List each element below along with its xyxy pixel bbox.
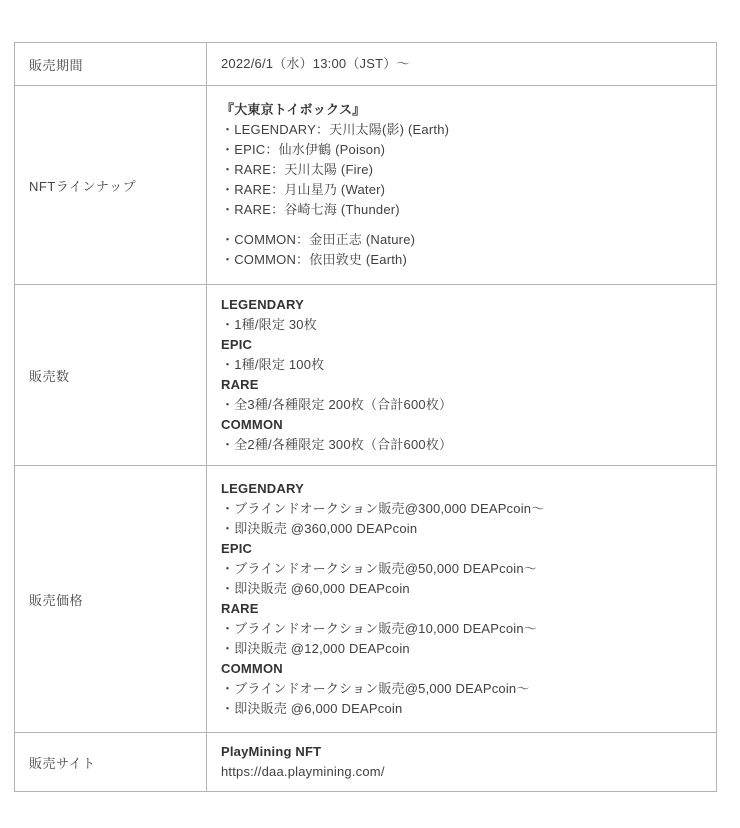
row-label: NFTラインナップ: [15, 86, 207, 284]
lineup-item: ・RARE：谷崎七海 (Thunder): [221, 200, 702, 220]
row-value: PlayMining NFT https://daa.playmining.co…: [207, 733, 716, 791]
rarity-heading: COMMON: [221, 415, 702, 435]
quantity-item: ・1種/限定 30枚: [221, 315, 702, 335]
table-row-sales-site: 販売サイト PlayMining NFT https://daa.playmin…: [15, 733, 716, 791]
price-item: ・即決販売 @360,000 DEAPcoin: [221, 519, 702, 539]
rarity-heading: LEGENDARY: [221, 295, 702, 315]
lineup-item: ・RARE：天川太陽 (Fire): [221, 160, 702, 180]
price-item: ・即決販売 @60,000 DEAPcoin: [221, 579, 702, 599]
lineup-item: ・RARE：月山星乃 (Water): [221, 180, 702, 200]
row-label: 販売サイト: [15, 733, 207, 791]
table-row-sales-quantity: 販売数 LEGENDARY ・1種/限定 30枚 EPIC ・1種/限定 100…: [15, 285, 716, 466]
lineup-item: ・LEGENDARY：天川太陽(影) (Earth): [221, 120, 702, 140]
rarity-heading: RARE: [221, 375, 702, 395]
site-name: PlayMining NFT: [221, 742, 702, 762]
quantity-item: ・全3種/各種限定 200枚（合計600枚）: [221, 395, 702, 415]
rarity-heading: LEGENDARY: [221, 479, 702, 499]
row-value: LEGENDARY ・ブラインドオークション販売@300,000 DEAPcoi…: [207, 466, 716, 732]
rarity-heading: EPIC: [221, 335, 702, 355]
row-label: 販売期間: [15, 43, 207, 85]
rarity-heading: COMMON: [221, 659, 702, 679]
price-item: ・即決販売 @6,000 DEAPcoin: [221, 699, 702, 719]
lineup-item: ・COMMON：金田正志 (Nature): [221, 230, 702, 250]
table-row-sales-price: 販売価格 LEGENDARY ・ブラインドオークション販売@300,000 DE…: [15, 466, 716, 733]
row-label: 販売数: [15, 285, 207, 465]
page: 販売期間 2022/6/1（水）13:00（JST）〜 NFTラインナップ 『大…: [0, 0, 740, 828]
table-row-nft-lineup: NFTラインナップ 『大東京トイボックス』 ・LEGENDARY：天川太陽(影)…: [15, 86, 716, 285]
price-item: ・即決販売 @12,000 DEAPcoin: [221, 639, 702, 659]
row-value: 『大東京トイボックス』 ・LEGENDARY：天川太陽(影) (Earth) ・…: [207, 86, 716, 284]
price-item: ・ブラインドオークション販売@5,000 DEAPcoin〜: [221, 679, 702, 699]
table-row-sales-period: 販売期間 2022/6/1（水）13:00（JST）〜: [15, 43, 716, 86]
price-item: ・ブラインドオークション販売@300,000 DEAPcoin〜: [221, 499, 702, 519]
row-value: LEGENDARY ・1種/限定 30枚 EPIC ・1種/限定 100枚 RA…: [207, 285, 716, 465]
site-url-link[interactable]: https://daa.playmining.com/: [221, 762, 702, 782]
sales-period-value: 2022/6/1（水）13:00（JST）〜: [221, 54, 410, 74]
lineup-item: ・COMMON：依田敦史 (Earth): [221, 250, 702, 270]
price-item: ・ブラインドオークション販売@50,000 DEAPcoin〜: [221, 559, 702, 579]
quantity-item: ・全2種/各種限定 300枚（合計600枚）: [221, 435, 702, 455]
row-label: 販売価格: [15, 466, 207, 732]
row-value: 2022/6/1（水）13:00（JST）〜: [207, 43, 716, 85]
sales-info-table: 販売期間 2022/6/1（水）13:00（JST）〜 NFTラインナップ 『大…: [14, 42, 717, 792]
lineup-item: ・EPIC：仙水伊鶴 (Poison): [221, 140, 702, 160]
price-item: ・ブラインドオークション販売@10,000 DEAPcoin〜: [221, 619, 702, 639]
rarity-heading: EPIC: [221, 539, 702, 559]
lineup-title: 『大東京トイボックス』: [221, 100, 702, 120]
rarity-heading: RARE: [221, 599, 702, 619]
quantity-item: ・1種/限定 100枚: [221, 355, 702, 375]
